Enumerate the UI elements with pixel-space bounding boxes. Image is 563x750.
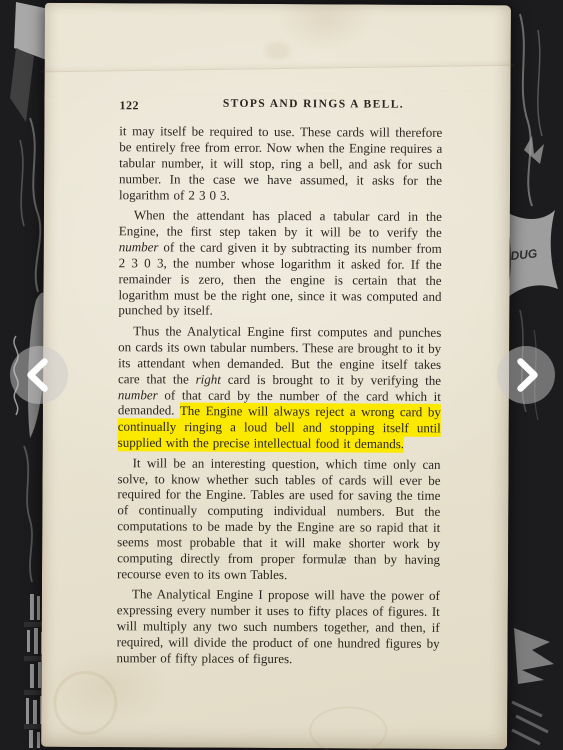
text-run: number [118, 387, 158, 402]
chevron-left-icon [10, 346, 68, 404]
paper-stain [265, 42, 291, 60]
paragraph: it may itself be required to use. These … [119, 123, 442, 204]
paper-stain [309, 706, 387, 750]
text-run: of the card given it by subtracting its … [118, 239, 441, 318]
paragraph: The Analytical Engine I propose will hav… [117, 587, 440, 668]
text-run: card is brought to it by verifying the [221, 371, 441, 387]
paragraph: It will be an interesting question, whic… [117, 455, 441, 584]
text-run: right [196, 371, 221, 386]
page-body: it may itself be required to use. These … [117, 123, 443, 668]
chevron-right-icon [497, 346, 555, 404]
prev-page-button[interactable] [10, 346, 68, 404]
text-run: number [119, 239, 159, 254]
book-page: 122 STOPS AND RINGS A BELL. it may itsel… [41, 3, 511, 749]
paragraph: When the attendant has placed a tabular … [118, 207, 442, 320]
text-run: The Analytical Engine I propose will hav… [117, 587, 440, 666]
next-page-button[interactable] [497, 346, 555, 404]
paper-stain [53, 671, 117, 735]
ebook-reader: DUG 122 STOPS AND RINGS A BELL. it may i… [0, 0, 563, 750]
page-crease [40, 65, 514, 97]
background-ribbon-text: DUG [510, 246, 538, 263]
running-title: STOPS AND RINGS A BELL. [207, 98, 419, 111]
page-header: 122 STOPS AND RINGS A BELL. [119, 97, 442, 117]
text-run: It will be an interesting question, whic… [117, 455, 441, 582]
paragraph: Thus the Analytical Engine first compute… [118, 323, 442, 452]
text-run: it may itself be required to use. These … [119, 123, 442, 202]
text-run: When the attendant has placed a tabular … [119, 207, 442, 240]
page-number: 122 [119, 98, 139, 113]
